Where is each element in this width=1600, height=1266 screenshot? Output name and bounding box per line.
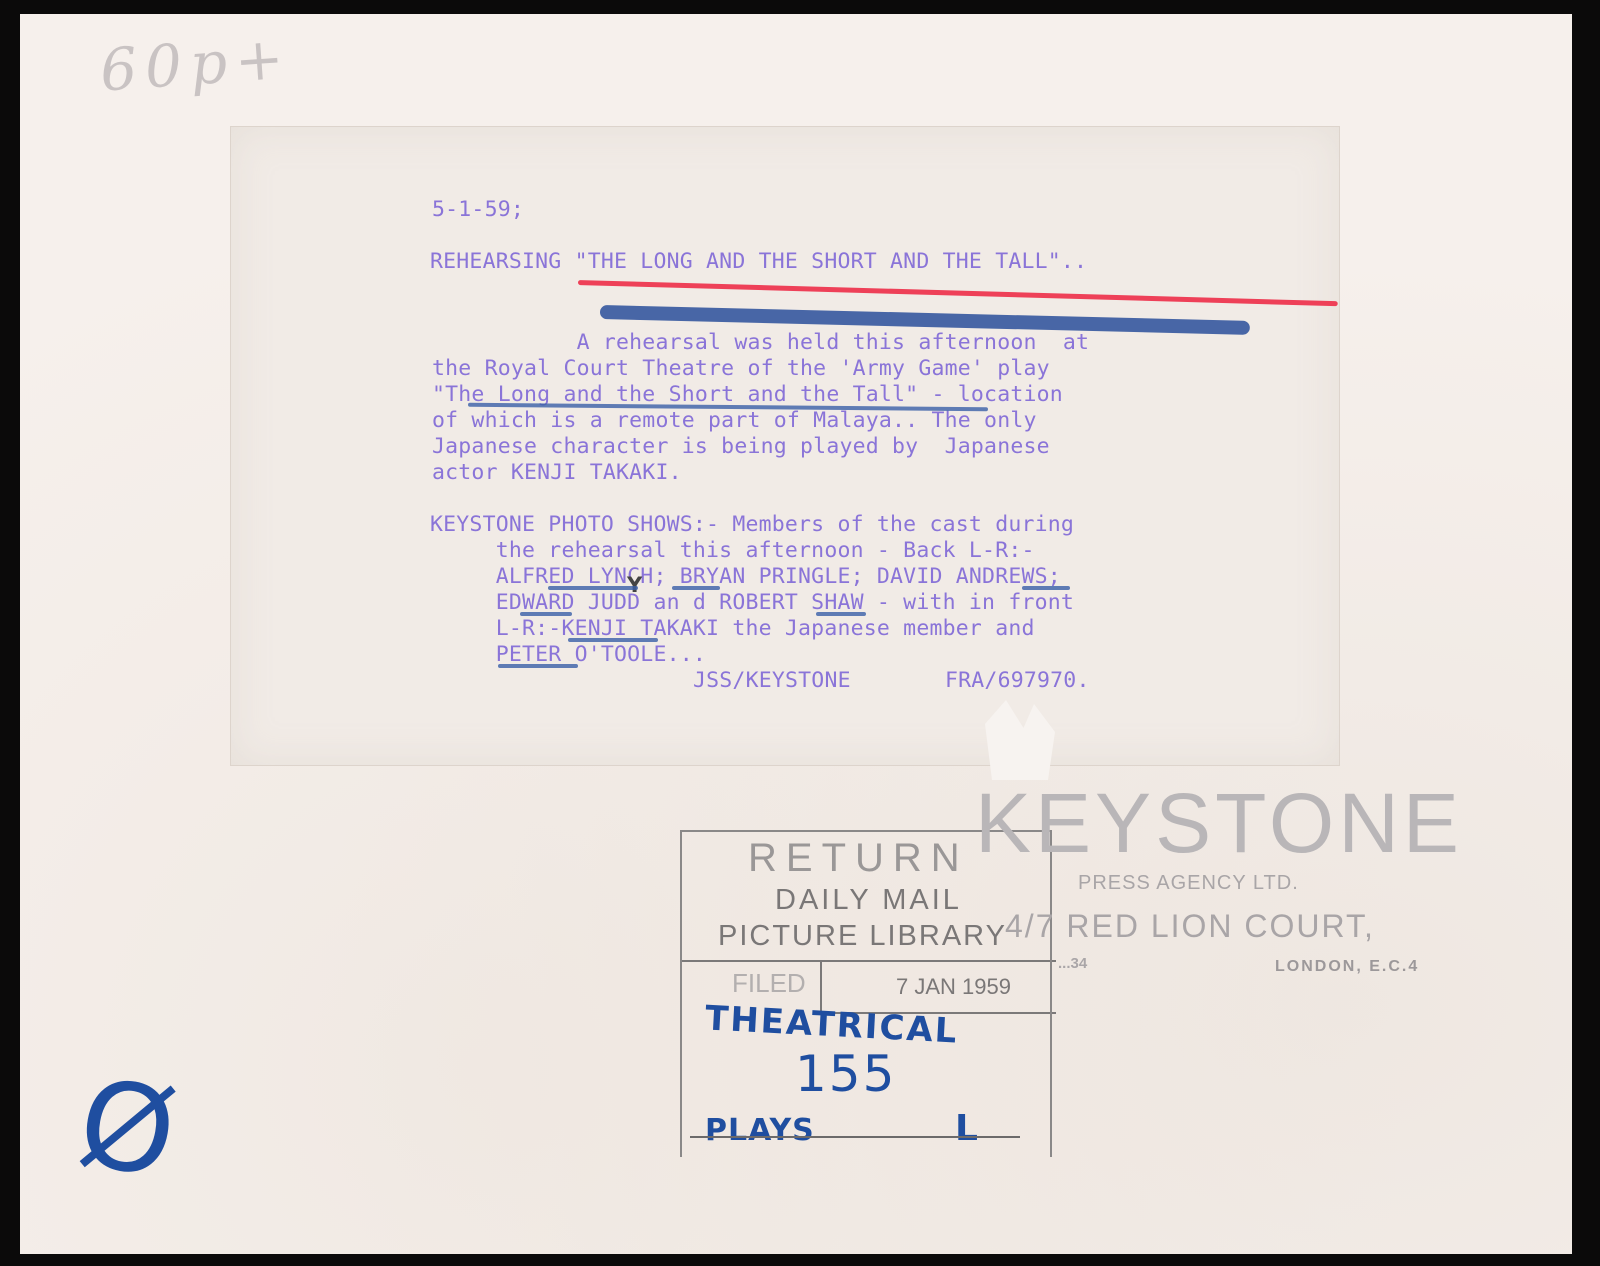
name-underline — [1022, 586, 1070, 590]
stamp-date: 7 JAN 1959 — [896, 974, 1011, 1000]
name-underline — [568, 638, 658, 642]
name-underline — [548, 586, 638, 590]
caption-date: 5-1-59; — [432, 197, 524, 223]
photo-shows-line: ALFRED LYNCH; BRYAN PRINGLE; DAVID ANDRE… — [430, 564, 1061, 590]
photo-shows-line: KEYSTONE PHOTO SHOWS:- Members of the ca… — [430, 512, 1074, 538]
caption-reference: FRA/697970. — [945, 668, 1090, 694]
stamp-return: RETURN — [748, 836, 969, 881]
agency-stamp-line2: 4/7 RED LION COURT, — [1005, 908, 1375, 945]
stamp-picture-library: PICTURE LIBRARY — [718, 920, 1007, 953]
body-line: of which is a remote part of Malaya.. Th… — [432, 408, 1037, 434]
agency-stamp-line3: LONDON, E.C.4 — [1275, 958, 1419, 976]
stamp-filed-label: FILED — [732, 968, 806, 999]
body-line: the Royal Court Theatre of the 'Army Gam… — [432, 356, 1050, 382]
name-underline — [520, 612, 572, 616]
name-underline — [816, 612, 866, 616]
name-underline — [498, 664, 578, 668]
handwritten-number: 155 — [795, 1045, 896, 1103]
photo-shows-line: L-R:-KENJI TAKAKI the Japanese member an… — [430, 616, 1035, 642]
handwritten-initial: L — [955, 1108, 978, 1149]
crayon-correction: Y — [627, 573, 642, 597]
body-line: Japanese character is being played by Ja… — [432, 434, 1050, 460]
stamp-bottom-rule — [690, 1136, 1020, 1138]
photo-shows-line: the rehearsal this afternoon - Back L-R:… — [430, 538, 1035, 564]
agency-stamp-name: KEYSTONE — [975, 775, 1463, 872]
handwritten-subcategory: PLAYS — [705, 1113, 815, 1148]
name-underline — [672, 586, 720, 590]
body-line: A rehearsal was held this afternoon at — [432, 330, 1089, 356]
body-line: actor KENJI TAKAKI. — [432, 460, 682, 486]
agency-stamp-line1: PRESS AGENCY LTD. — [1078, 872, 1299, 895]
caption-headline: REHEARSING "THE LONG AND THE SHORT AND T… — [430, 249, 1087, 275]
caption-credit: JSS/KEYSTONE — [693, 668, 851, 694]
pencil-price-note: 60p+ — [98, 23, 294, 104]
stamp-daily-mail: DAILY MAIL — [775, 884, 962, 917]
agency-stamp-phone: ...34 — [1058, 955, 1087, 972]
